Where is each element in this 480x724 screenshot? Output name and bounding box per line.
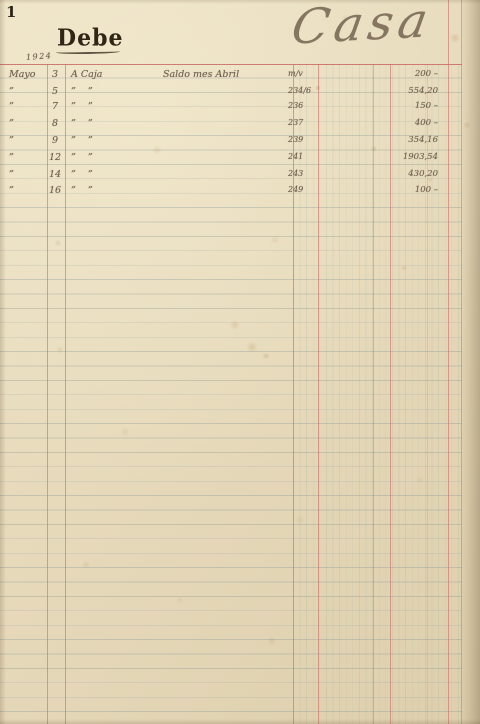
entry-month: Mayo	[9, 69, 43, 80]
entry-ref: 239	[288, 135, 317, 144]
page-number: 1	[6, 3, 16, 21]
ledger-row: ” 12 ” ” 241 1903,54	[0, 152, 462, 165]
entry-day: 8	[46, 118, 64, 129]
entry-amount: 430,20	[380, 169, 442, 179]
ledger-row: ” 8 ” ” 237 400 –	[0, 118, 462, 131]
entry-ref: 241	[288, 152, 317, 161]
entry-account: ” ”	[71, 169, 163, 180]
ledger-row: ” 7 ” ” 236 150 –	[0, 101, 462, 114]
ledger-row: ” 16 ” ” 249 100 –	[0, 185, 462, 198]
entry-amount: 200 –	[380, 69, 442, 79]
page-title-debe: Debe	[57, 24, 123, 52]
entry-month: ”	[9, 185, 43, 196]
year-note: 1924	[26, 51, 53, 62]
page-right-edge-shadow	[460, 0, 480, 724]
ledger-row: ” 9 ” ” 239 354,16	[0, 135, 462, 148]
entry-amount: 150 –	[380, 101, 442, 111]
page-left-edge-shadow	[0, 0, 6, 724]
entry-amount: 100 –	[380, 185, 442, 195]
entry-account: ” ”	[71, 118, 163, 129]
entry-month: ”	[9, 118, 43, 129]
entry-month: ”	[9, 101, 43, 112]
entry-ref: m/v	[288, 69, 317, 78]
entry-account: A Caja	[71, 69, 163, 80]
entry-ref: 243	[288, 169, 317, 178]
entry-amount: 1903,54	[380, 152, 442, 162]
page-bottom-edge-shadow	[0, 719, 480, 724]
ledger-row: Mayo 3 A Caja Saldo mes Abril m/v 200 –	[0, 69, 462, 82]
account-title-casa: Casa	[288, 0, 437, 56]
entry-amount: 354,16	[380, 135, 442, 145]
entry-amount: 554,20	[380, 86, 442, 96]
entry-day: 5	[46, 86, 64, 97]
entry-ref: 237	[288, 118, 317, 127]
entry-ref: 234/6	[288, 86, 317, 95]
header-rule-line	[0, 64, 462, 65]
entry-ref: 249	[288, 185, 317, 194]
entry-day: 9	[46, 135, 64, 146]
ledger-row: ” 14 ” ” 243 430,20	[0, 169, 462, 182]
entry-account: ” ”	[71, 152, 163, 163]
entry-day: 3	[46, 69, 64, 80]
entry-month: ”	[9, 152, 43, 163]
entry-month: ”	[9, 86, 43, 97]
entry-day: 16	[46, 185, 64, 196]
ledger-row: ” 5 ” ” 234/6 554,20	[0, 86, 462, 99]
entry-day: 12	[46, 152, 64, 163]
entry-account: ” ”	[71, 86, 163, 97]
entry-description: Saldo mes Abril	[163, 69, 287, 80]
entry-account: ” ”	[71, 101, 163, 112]
entry-account: ” ”	[71, 185, 163, 196]
entry-month: ”	[9, 135, 43, 146]
page-top-edge-shadow	[0, 0, 480, 4]
entry-day: 14	[46, 169, 64, 180]
entry-amount: 400 –	[380, 118, 442, 128]
entry-day: 7	[46, 101, 64, 112]
entry-account: ” ”	[71, 135, 163, 146]
entry-month: ”	[9, 169, 43, 180]
entry-ref: 236	[288, 101, 317, 110]
